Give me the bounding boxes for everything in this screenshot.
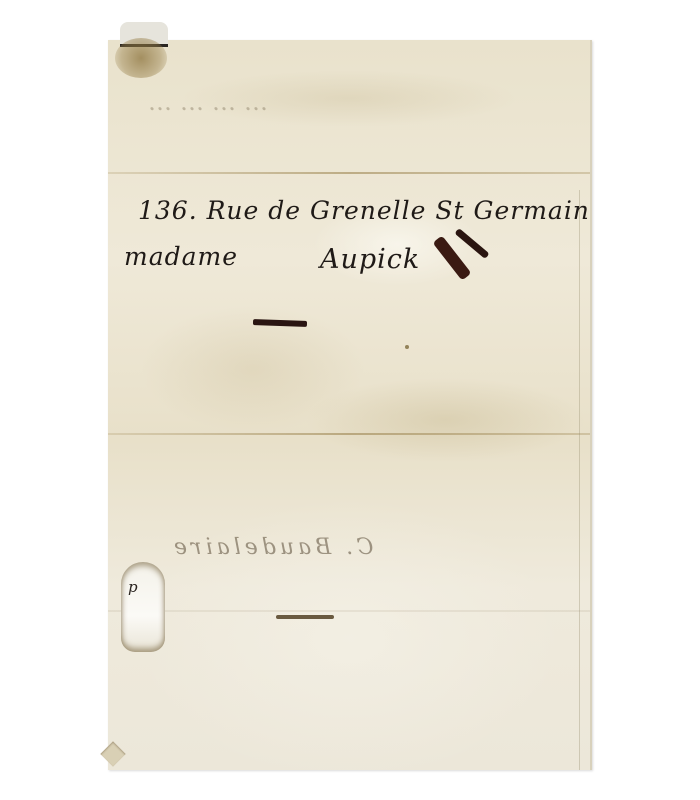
paper-hole (121, 562, 165, 652)
hole-mark: p (128, 578, 138, 596)
bleedthrough-signature: C. Baudelaire (170, 535, 373, 560)
letter-paper (108, 40, 592, 770)
fold-line (108, 172, 590, 174)
recipient-name: Aupick (320, 244, 420, 275)
address-line-2: madame (124, 242, 238, 271)
fold-line (108, 433, 590, 435)
ink-speck (405, 345, 409, 349)
ink-dash (276, 615, 334, 619)
bleedthrough-text-top: ………… (140, 88, 268, 116)
photo-stage: ………… 136. Rue de Grenelle St Germain mad… (0, 0, 700, 800)
wax-stain (115, 38, 167, 78)
fold-line (108, 610, 590, 612)
address-line-1: 136. Rue de Grenelle St Germain (138, 196, 590, 225)
